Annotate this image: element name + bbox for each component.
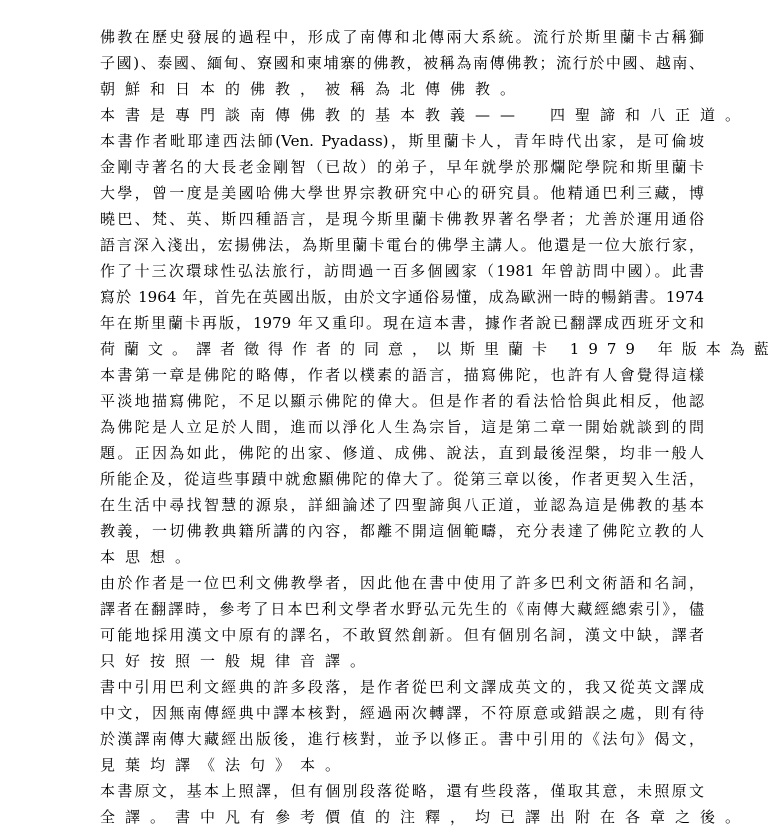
text-line: 教義，一切佛教典籍所講的內容，都離不開這個範疇，充分表達了佛陀立教的人 [100, 518, 704, 544]
text-line: 金剛寺著名的大長老金剛智（已故）的弟子，早年就學於那爛陀學院和斯里蘭卡 [100, 154, 704, 180]
text-line: 譯者在翻譯時，參考了日本巴利文學者水野弘元先生的《南傳大藏經總索引》，儘 [100, 596, 704, 622]
text-line: 子國)、泰國、緬甸、寮國和柬埔寨的佛教，被稱為南傳佛教；流行於中國、越南、 [100, 50, 704, 76]
text-line: 朝鮮和日本的佛教，被稱為北傳佛教。 [100, 76, 704, 102]
text-line: 年在斯里蘭卡再版，1979 年又重印。現在這本書，據作者說已翻譯成西班牙文和 [100, 310, 704, 336]
text-line: 只好按照一般規律音譯。 [100, 648, 704, 674]
text-line: 書中引用巴利文經典的許多段落，是作者從巴利文譯成英文的，我又從英文譯成 [100, 674, 704, 700]
paragraph-chapter-overview: 本書第一章是佛陀的略傳，作者以樸素的語言，描寫佛陀，也許有人會覺得這樣 平淡地描… [100, 362, 704, 570]
text-line: 題。正因為如此，佛陀的出家、修道、成佛、說法，直到最後涅槃，均非一般人 [100, 440, 704, 466]
text-line: 由於作者是一位巴利文佛教學者，因此他在書中使用了許多巴利文術語和名詞， [100, 570, 704, 596]
text-line: 在生活中尋找智慧的源泉，詳細論述了四聖諦與八正道，並認為這是佛教的基本 [100, 492, 704, 518]
paragraph-pali-terms: 由於作者是一位巴利文佛教學者，因此他在書中使用了許多巴利文術語和名詞， 譯者在翻… [100, 570, 704, 674]
text-line: 中文，因無南傳經典中譯本核對，經過兩次轉譯，不符原意或錯誤之處，則有待 [100, 700, 704, 726]
text-line: 見葉均譯《法句》本。 [100, 752, 704, 778]
text-line: 於漢譯南傳大藏經出版後，進行核對，並予以修正。書中引用的《法句》偈文， [100, 726, 704, 752]
text-line: 為佛陀是人立足於人間，進而以淨化人生為宗旨，這是第二章一開始就談到的問 [100, 414, 704, 440]
text-line: 語言深入淺出，宏揚佛法，為斯里蘭卡電台的佛學主講人。他還是一位大旅行家， [100, 232, 704, 258]
paragraph-book-topic: 本書是專門談南傳佛教的基本教義—— 四聖諦和八正道。 [100, 102, 704, 128]
document-page: 佛教在歷史發展的過程中，形成了南傳和北傳兩大系統。流行於斯里蘭卡古稱獅 子國)、… [100, 24, 704, 830]
text-line: 本書第一章是佛陀的略傳，作者以樸素的語言，描寫佛陀，也許有人會覺得這樣 [100, 362, 704, 388]
text-line: 本書是專門談南傳佛教的基本教義—— 四聖諦和八正道。 [100, 102, 704, 128]
paragraph-intro-two-traditions: 佛教在歷史發展的過程中，形成了南傳和北傳兩大系統。流行於斯里蘭卡古稱獅 子國)、… [100, 24, 704, 102]
text-line: 荷蘭文。譯者徵得作者的同意，以斯里蘭卡 1979 年版本為藍本譯成中文。 [100, 336, 704, 362]
text-line: 平淡地描寫佛陀，不足以顯示佛陀的偉大。但是作者的看法恰恰與此相反，他認 [100, 388, 704, 414]
paragraph-translation-notes: 本書原文，基本上照譯，但有個別段落從略，還有些段落，僅取其意，未照原文 全譯。書… [100, 778, 704, 830]
text-line: 曉巴、梵、英、斯四種語言，是現今斯里蘭卡佛教界著名學者；尤善於運用通俗 [100, 206, 704, 232]
text-line: 所能企及，從這些事蹟中就愈顯佛陀的偉大了。從第三章以後，作者更契入生活， [100, 466, 704, 492]
text-line: 本書作者毗耶達西法師(Ven. Pyadass)，斯里蘭卡人，青年時代出家，是可… [100, 128, 704, 154]
text-line: 寫於 1964 年，首先在英國出版，由於文字通俗易懂，成為歐洲一時的暢銷書。19… [100, 284, 704, 310]
text-line: 大學，曾一度是美國哈佛大學世界宗教研究中心的研究員。他精通巴利三藏，博 [100, 180, 704, 206]
text-line: 全譯。書中凡有參考價值的注釋，均已譯出附在各章之後。 [100, 804, 704, 830]
text-line: 佛教在歷史發展的過程中，形成了南傳和北傳兩大系統。流行於斯里蘭卡古稱獅 [100, 24, 704, 50]
paragraph-author-bio: 本書作者毗耶達西法師(Ven. Pyadass)，斯里蘭卡人，青年時代出家，是可… [100, 128, 704, 362]
text-line: 本思想。 [100, 544, 704, 570]
paragraph-quoted-passages: 書中引用巴利文經典的許多段落，是作者從巴利文譯成英文的，我又從英文譯成 中文，因… [100, 674, 704, 778]
text-line: 本書原文，基本上照譯，但有個別段落從略，還有些段落，僅取其意，未照原文 [100, 778, 704, 804]
text-line: 作了十三次環球性弘法旅行，訪問過一百多個國家（1981 年曾訪問中國）。此書 [100, 258, 704, 284]
text-line: 可能地採用漢文中原有的譯名，不敢貿然創新。但有個別名詞，漢文中缺，譯者 [100, 622, 704, 648]
